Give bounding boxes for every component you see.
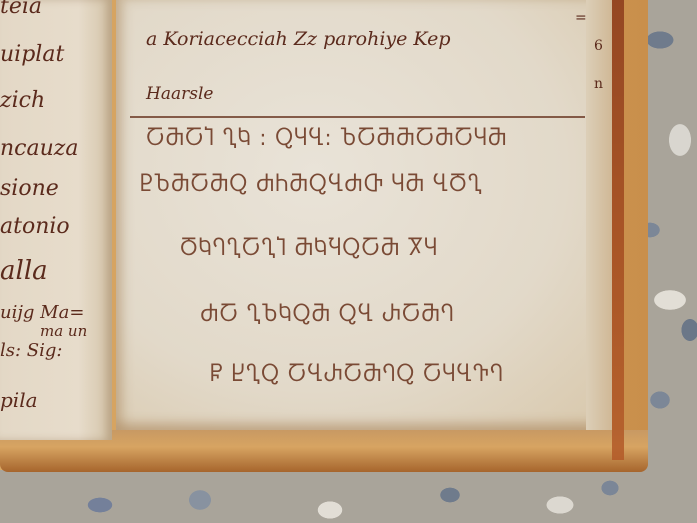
left-page-word: alla: [0, 256, 48, 286]
manuscript-script-line: ႠႫႠႨ ႢႩ : ႭႷႡ: ႦႠႫႫႠႫႠႷႫ: [146, 126, 507, 150]
left-page: teia uiplat zich ncauza sione atonio all…: [0, 0, 112, 440]
margin-mark: 6: [594, 38, 603, 54]
right-page-margin: [586, 0, 612, 430]
left-page-word: uiplat: [0, 42, 64, 67]
manuscript-script-line: Ⴜ ႾႢႭ ႠႡႰႠႫႤႭ ႠႷႡႥႤ: [210, 362, 504, 386]
left-page-word: pila: [0, 388, 38, 412]
ruled-divider: [130, 116, 585, 118]
left-page-word: ncauza: [0, 136, 78, 161]
margin-mark: n: [594, 76, 603, 92]
header-line: a Koriacecciah Zz parohiye Kep: [146, 28, 451, 50]
manuscript-script-line: ႣႩႤႢႠႢႨ ႫႩႯႭႠႫ ႿႷ: [180, 236, 438, 260]
left-page-word: teia: [0, 0, 42, 19]
left-page-word: sione: [0, 176, 59, 201]
margin-mark: =: [575, 10, 587, 26]
page-edge-stain: [612, 0, 624, 460]
left-page-word: atonio: [0, 214, 70, 239]
manuscript-script-line: ႲႦႫႠႫႭ ႻႹႫႭႡႻႧ ႷႫ ႡႣႢ: [140, 172, 483, 196]
left-page-word: ls: Sig:: [0, 340, 62, 361]
manuscript-script-line: ႻႠ ႢႦႩႭႫ ႭႡ ႰႠႫႤ: [200, 302, 455, 326]
left-page-word: ma un: [40, 322, 87, 340]
left-page-word: uijg Ma=: [0, 302, 84, 323]
left-page-word: zich: [0, 88, 45, 113]
header-line: Haarsle: [146, 84, 213, 104]
